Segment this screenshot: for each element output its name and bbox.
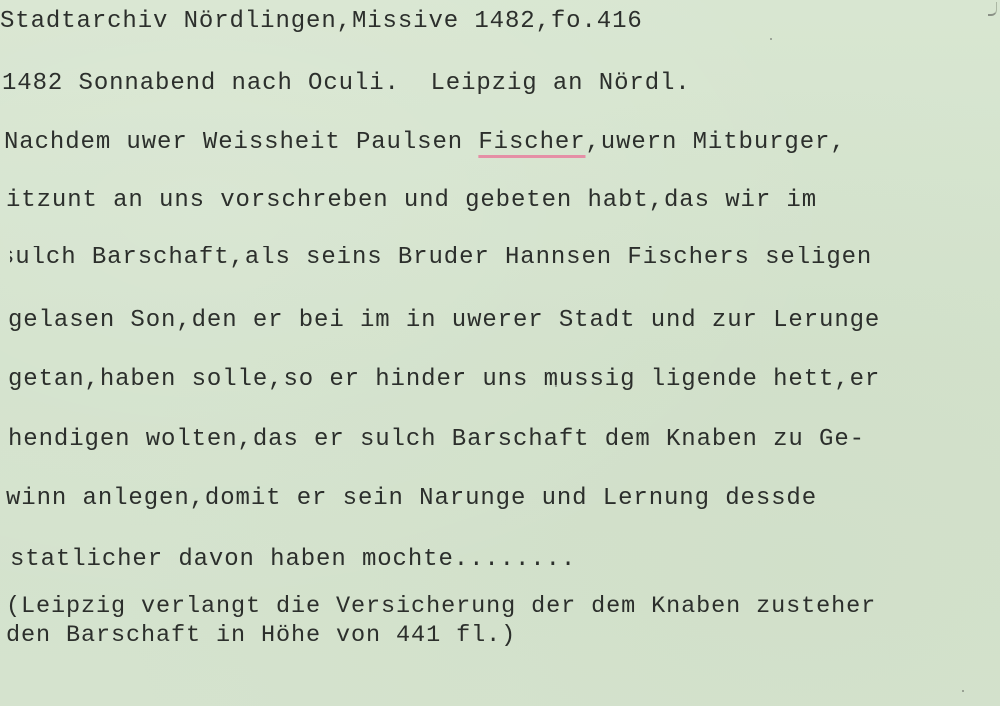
body-line-2: itzunt an uns vorschreben und gebeten ha… xyxy=(6,189,817,213)
paper-speck xyxy=(770,38,772,40)
body-line-1-end: ,uwern Mitburger, xyxy=(586,129,846,156)
body-line-7: winn anlegen,domit er sein Narunge und L… xyxy=(6,487,817,511)
paper-speck xyxy=(555,385,557,387)
paper-speck xyxy=(962,690,964,692)
body-line-3: sulch Barschaft,als seins Bruder Hannsen… xyxy=(0,246,872,270)
body-line-5: getan,haben solle,so er hinder uns mussi… xyxy=(8,368,880,392)
editorial-note-line-2: den Barschaft in Höhe von 441 fl.) xyxy=(6,624,516,648)
archive-source-header: Stadtarchiv Nördlingen,Missive 1482,fo.4… xyxy=(0,10,643,34)
body-line-8: statlicher davon haben mochte........ xyxy=(10,548,576,572)
body-line-1-start: Nachdem uwer Weissheit Paulsen xyxy=(4,129,478,156)
date-and-correspondents-line: 1482 Sonnabend nach Oculi. Leipzig an Nö… xyxy=(2,72,691,96)
body-line-6: hendigen wolten,das er sulch Barschaft d… xyxy=(8,428,865,452)
body-line-1: Nachdem uwer Weissheit Paulsen Fischer,u… xyxy=(4,131,846,155)
body-line-4: gelasen Son,den er bei im in uwerer Stad… xyxy=(8,309,880,333)
underlined-name-fischer: Fischer xyxy=(478,129,585,156)
paper-corner-mark xyxy=(988,2,997,16)
editorial-note-line-1: (Leipzig verlangt die Versicherung der d… xyxy=(6,595,876,619)
scanned-paper-page: Stadtarchiv Nördlingen,Missive 1482,fo.4… xyxy=(0,0,1000,706)
